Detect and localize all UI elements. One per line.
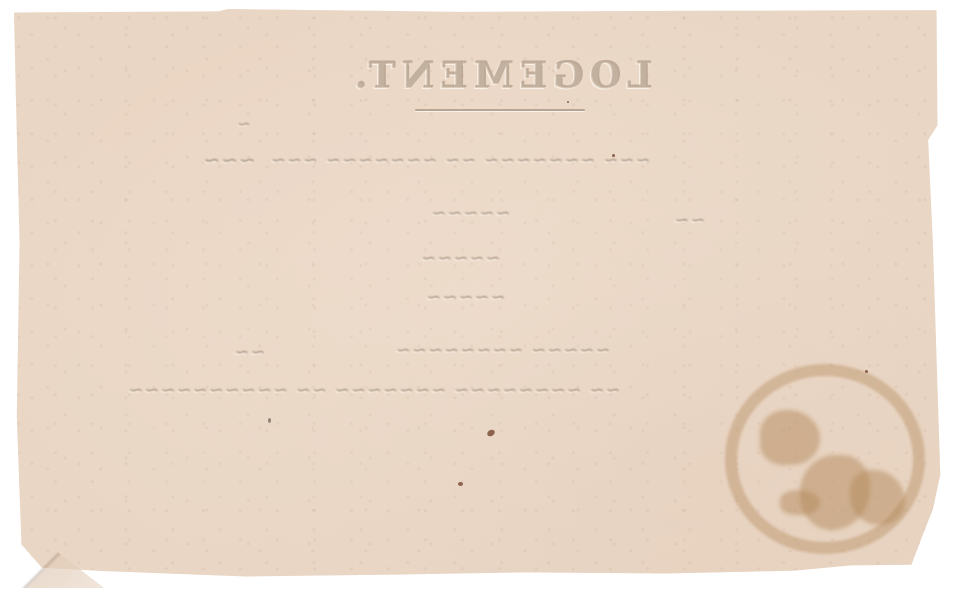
embossed-rule	[415, 109, 585, 111]
embossed-mark: ~	[238, 115, 250, 134]
ink-speck	[865, 370, 868, 373]
embossed-line-6: ~~ ~~~~~~~~ ~~~~~~~ ~~ ~~~~~~~~~~	[200, 380, 620, 401]
embossed-line-1-left: ~~~	[205, 148, 255, 172]
stain-blob	[780, 490, 820, 515]
ink-speck	[612, 154, 615, 157]
embossed-line-3: ~~~~~	[440, 248, 500, 269]
ink-speck	[567, 101, 569, 103]
stain-blob	[760, 410, 820, 465]
embossed-line-2: ~~~~~	[450, 203, 510, 224]
embossed-line-5-left: ~~	[205, 342, 265, 363]
ink-speck	[268, 418, 271, 423]
embossed-line-5: ~~~~~ ~~~~~~~~	[500, 340, 610, 361]
embossed-title: LOGEMENT.	[340, 55, 660, 97]
embossed-line-4: ~~~~~	[445, 287, 505, 308]
embossed-line-2-right: ~~	[670, 210, 705, 231]
embossed-line-1: ~~~ ~~~~~~~ ~~ ~~~~~~~ ~~~	[350, 150, 650, 171]
ink-speck	[458, 482, 463, 486]
scan-canvas: LOGEMENT. ~~~ ~~~~~~~ ~~ ~~~~~~~ ~~~ ~~~…	[0, 0, 960, 608]
